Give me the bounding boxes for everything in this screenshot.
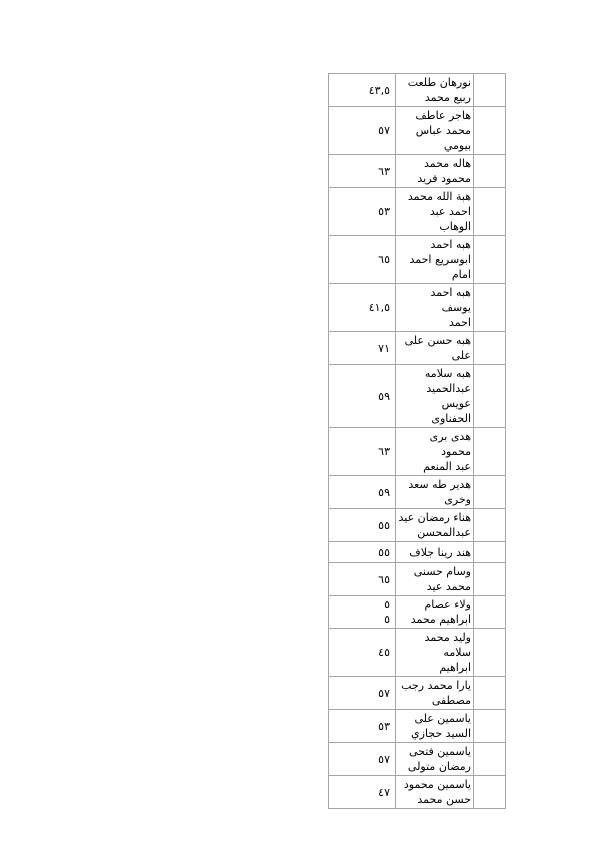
table-row: نورهان طلعت ربيع محمد٤٣,٥ <box>329 74 506 107</box>
score-cell: ٤٧ <box>329 776 396 809</box>
score-cell: ٥٣ <box>329 188 396 236</box>
student-name-cell: نورهان طلعت ربيع محمد <box>396 74 474 107</box>
table-row: ياسمين محمود حسن محمد٤٧ <box>329 776 506 809</box>
score-cell: ٥٣ <box>329 710 396 743</box>
student-grades-table: نورهان طلعت ربيع محمد٤٣,٥هاجر عاطف محمد … <box>328 73 506 809</box>
student-name-cell: هدى برى محمود عبد المنعم <box>396 428 474 476</box>
table-row: وسام حسنى محمد عيد٦٥ <box>329 563 506 596</box>
margin-cell <box>474 284 506 332</box>
student-name-cell: ولاء عصام ابراهيم محمد <box>396 596 474 629</box>
student-name-cell: وليد محمد سلامه ابراهيم <box>396 629 474 677</box>
student-name-cell: هبه سلامه عبدالحميد عويس الحفناوى <box>396 365 474 428</box>
student-name-cell: يارا محمد رجب مصطفى <box>396 677 474 710</box>
table-row: ياسمين فتحى رمضان متولى٥٧ <box>329 743 506 776</box>
student-name-cell: هاجر عاطف محمد عباس بيومي <box>396 107 474 155</box>
table-row: ياسمين على السيد حجازي٥٣ <box>329 710 506 743</box>
student-name-cell: هدير طه سعد وخرى <box>396 476 474 509</box>
table-body: نورهان طلعت ربيع محمد٤٣,٥هاجر عاطف محمد … <box>329 74 506 809</box>
student-name-cell: هاله محمد محمود فريد <box>396 155 474 188</box>
score-cell: ٥٥ <box>329 509 396 542</box>
student-name-cell: هبة الله محمد احمد عبد الوهاب <box>396 188 474 236</box>
margin-cell <box>474 629 506 677</box>
margin-cell <box>474 236 506 284</box>
document-page: نورهان طلعت ربيع محمد٤٣,٥هاجر عاطف محمد … <box>0 0 596 842</box>
student-name-cell: هند رينا جلاف <box>396 542 474 563</box>
score-cell: ٥٧ <box>329 107 396 155</box>
margin-cell <box>474 677 506 710</box>
margin-cell <box>474 542 506 563</box>
score-cell: ٦٥ <box>329 563 396 596</box>
margin-cell <box>474 188 506 236</box>
score-cell: ٤٥ <box>329 629 396 677</box>
table-row: هاله محمد محمود فريد٦٣ <box>329 155 506 188</box>
table-row: يارا محمد رجب مصطفى٥٧ <box>329 677 506 710</box>
margin-cell <box>474 710 506 743</box>
score-cell: ٥٩ <box>329 365 396 428</box>
table-row: هناء رمضان عيد عبدالمحسن٥٥ <box>329 509 506 542</box>
margin-cell <box>474 107 506 155</box>
table-row: هدير طه سعد وخرى٥٩ <box>329 476 506 509</box>
score-cell: ٥٧ <box>329 677 396 710</box>
margin-cell <box>474 74 506 107</box>
student-name-cell: هبه احمد ابوسريع احمد امام <box>396 236 474 284</box>
table-row: ولاء عصام ابراهيم محمد٥ ٥ <box>329 596 506 629</box>
table-row: هدى برى محمود عبد المنعم٦٣ <box>329 428 506 476</box>
score-cell: ٤٣,٥ <box>329 74 396 107</box>
student-name-cell: ياسمين على السيد حجازي <box>396 710 474 743</box>
margin-cell <box>474 428 506 476</box>
score-cell: ٦٣ <box>329 428 396 476</box>
table-row: هاجر عاطف محمد عباس بيومي٥٧ <box>329 107 506 155</box>
margin-cell <box>474 155 506 188</box>
student-name-cell: وسام حسنى محمد عيد <box>396 563 474 596</box>
score-cell: ٦٥ <box>329 236 396 284</box>
score-cell: ٧١ <box>329 332 396 365</box>
table-row: هبه حسن على على٧١ <box>329 332 506 365</box>
margin-cell <box>474 509 506 542</box>
score-cell: ٥٥ <box>329 542 396 563</box>
margin-cell <box>474 563 506 596</box>
table-row: هبة الله محمد احمد عبد الوهاب٥٣ <box>329 188 506 236</box>
margin-cell <box>474 476 506 509</box>
table-row: هند رينا جلاف٥٥ <box>329 542 506 563</box>
score-cell: ٥٩ <box>329 476 396 509</box>
margin-cell <box>474 776 506 809</box>
student-name-cell: هبه حسن على على <box>396 332 474 365</box>
score-cell: ٦٣ <box>329 155 396 188</box>
table-row: هبه احمد يوسف احمد٤١,٥ <box>329 284 506 332</box>
score-cell: ٥ ٥ <box>329 596 396 629</box>
score-cell: ٥٧ <box>329 743 396 776</box>
table-row: وليد محمد سلامه ابراهيم٤٥ <box>329 629 506 677</box>
margin-cell <box>474 365 506 428</box>
margin-cell <box>474 596 506 629</box>
margin-cell <box>474 332 506 365</box>
student-name-cell: هناء رمضان عيد عبدالمحسن <box>396 509 474 542</box>
student-name-cell: ياسمين محمود حسن محمد <box>396 776 474 809</box>
score-cell: ٤١,٥ <box>329 284 396 332</box>
margin-cell <box>474 743 506 776</box>
student-name-cell: ياسمين فتحى رمضان متولى <box>396 743 474 776</box>
table-row: هبه احمد ابوسريع احمد امام٦٥ <box>329 236 506 284</box>
student-name-cell: هبه احمد يوسف احمد <box>396 284 474 332</box>
table-row: هبه سلامه عبدالحميد عويس الحفناوى٥٩ <box>329 365 506 428</box>
